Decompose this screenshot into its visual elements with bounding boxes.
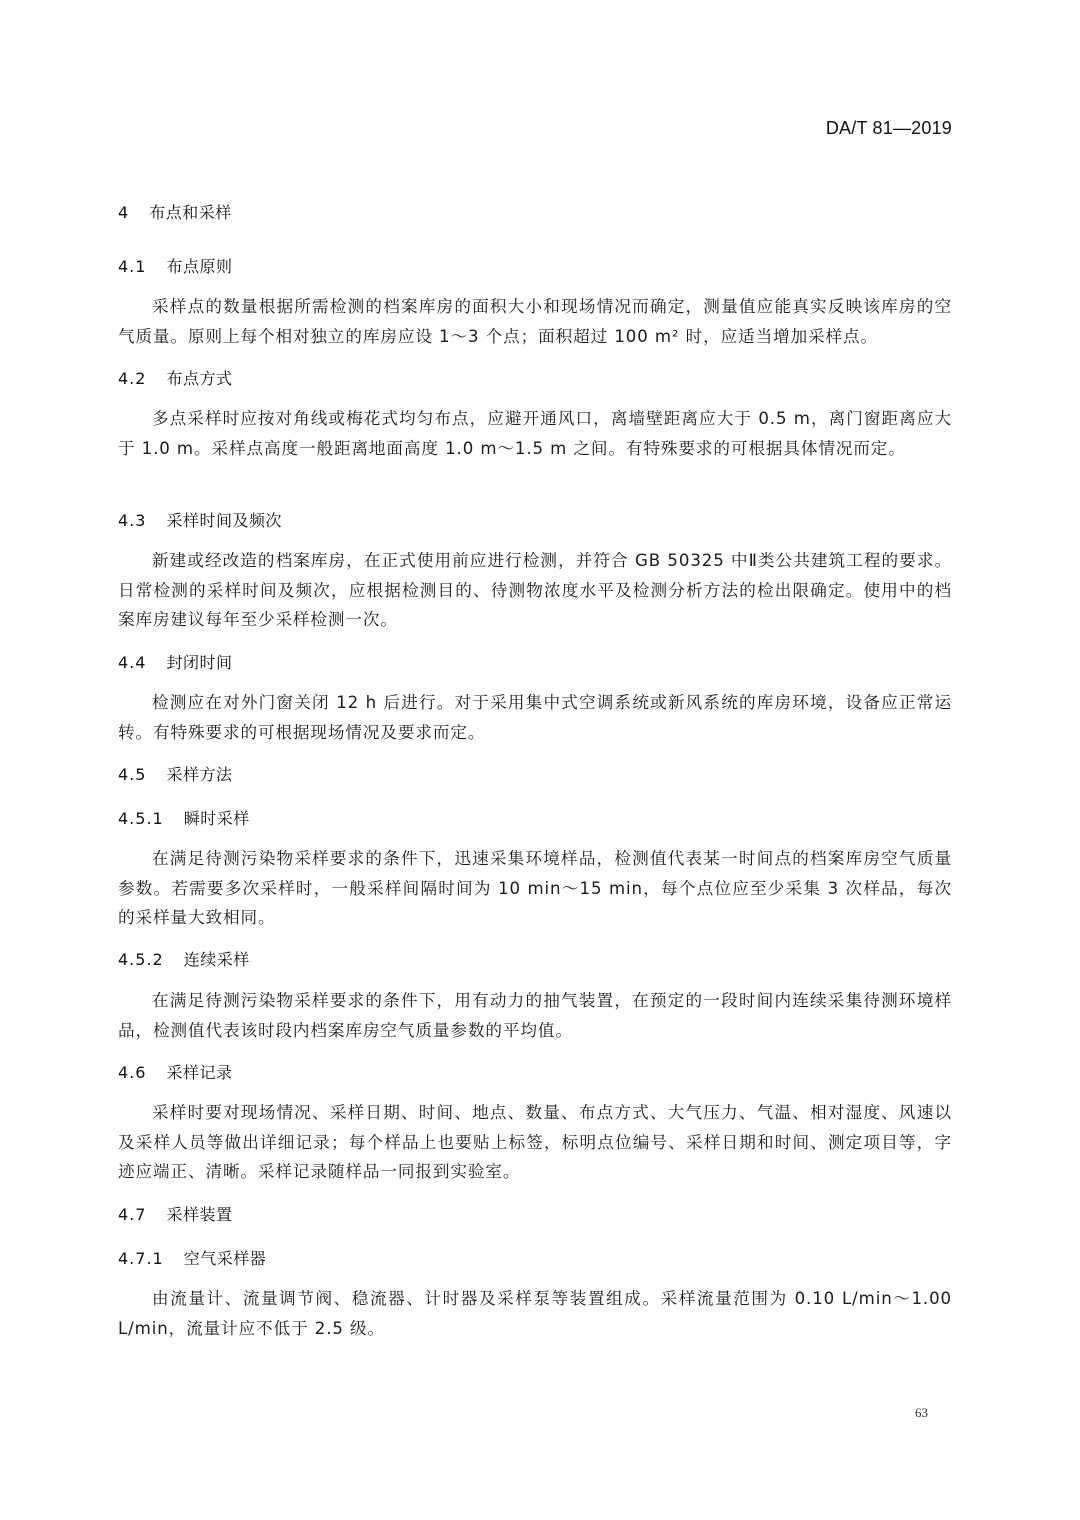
section-number: 4.5.2 (118, 950, 164, 969)
section-number: 4 (118, 203, 129, 222)
section-title: 布点和采样 (149, 203, 232, 222)
section-heading-4-7: 4.7采样装置 (118, 1202, 232, 1225)
section-title: 采样记录 (166, 1063, 232, 1082)
section-title: 连续采样 (184, 950, 250, 969)
section-paragraph-4-3: 新建或经改造的档案库房，在正式使用前应进行检测，并符合 GB 50325 中Ⅱ类… (118, 546, 952, 635)
section-heading-4-5-2: 4.5.2连续采样 (118, 947, 250, 970)
section-title: 瞬时采样 (184, 809, 250, 828)
section-heading-4-3: 4.3采样时间及频次 (118, 508, 282, 531)
section-heading-4-5-1: 4.5.1瞬时采样 (118, 806, 250, 829)
section-paragraph-4-4: 检测应在对外门窗关闭 12 h 后进行。对于采用集中式空调系统或新风系统的库房环… (118, 688, 952, 747)
section-number: 4.6 (118, 1063, 146, 1082)
section-paragraph-4-5-1: 在满足待测污染物采样要求的条件下，迅速采集环境样品，检测值代表某一时间点的档案库… (118, 844, 952, 933)
section-title: 布点方式 (166, 369, 232, 388)
section-title: 封闭时间 (166, 653, 232, 672)
section-title: 采样时间及频次 (166, 511, 282, 530)
page-number: 63 (915, 1405, 928, 1421)
section-number: 4.5.1 (118, 809, 164, 828)
section-paragraph-4-7-1: 由流量计、流量调节阀、稳流器、计时器及采样泵等装置组成。采样流量范围为 0.10… (118, 1284, 952, 1343)
section-paragraph-4-5-2: 在满足待测污染物采样要求的条件下，用有动力的抽气装置，在预定的一段时间内连续采集… (118, 986, 952, 1045)
section-title: 布点原则 (166, 257, 232, 276)
standard-code: DA/T 81—2019 (826, 118, 952, 139)
section-number: 4.4 (118, 653, 146, 672)
section-number: 4.7.1 (118, 1249, 164, 1268)
document-page: DA/T 81—2019 4布点和采样 4.1布点原则 采样点的数量根据所需检测… (0, 0, 1080, 1520)
section-heading-4-2: 4.2布点方式 (118, 366, 232, 389)
section-heading-4-6: 4.6采样记录 (118, 1060, 232, 1083)
section-number: 4.7 (118, 1205, 146, 1224)
section-number: 4.3 (118, 511, 146, 530)
section-paragraph-4-6: 采样时要对现场情况、采样日期、时间、地点、数量、布点方式、大气压力、气温、相对湿… (118, 1098, 952, 1187)
section-paragraph-4-2: 多点采样时应按对角线或梅花式均匀布点，应避开通风口，离墙壁距离应大于 0.5 m… (118, 404, 952, 463)
section-heading-4-5: 4.5采样方法 (118, 762, 232, 785)
section-heading-4-7-1: 4.7.1空气采样器 (118, 1246, 266, 1269)
section-number: 4.2 (118, 369, 146, 388)
section-heading-4-1: 4.1布点原则 (118, 254, 232, 277)
section-number: 4.1 (118, 257, 146, 276)
section-heading-4-4: 4.4封闭时间 (118, 650, 232, 673)
section-title: 采样方法 (166, 765, 232, 784)
section-heading-4: 4布点和采样 (118, 200, 232, 223)
section-paragraph-4-1: 采样点的数量根据所需检测的档案库房的面积大小和现场情况而确定，测量值应能真实反映… (118, 292, 952, 351)
section-title: 空气采样器 (184, 1249, 267, 1268)
section-number: 4.5 (118, 765, 146, 784)
section-title: 采样装置 (166, 1205, 232, 1224)
